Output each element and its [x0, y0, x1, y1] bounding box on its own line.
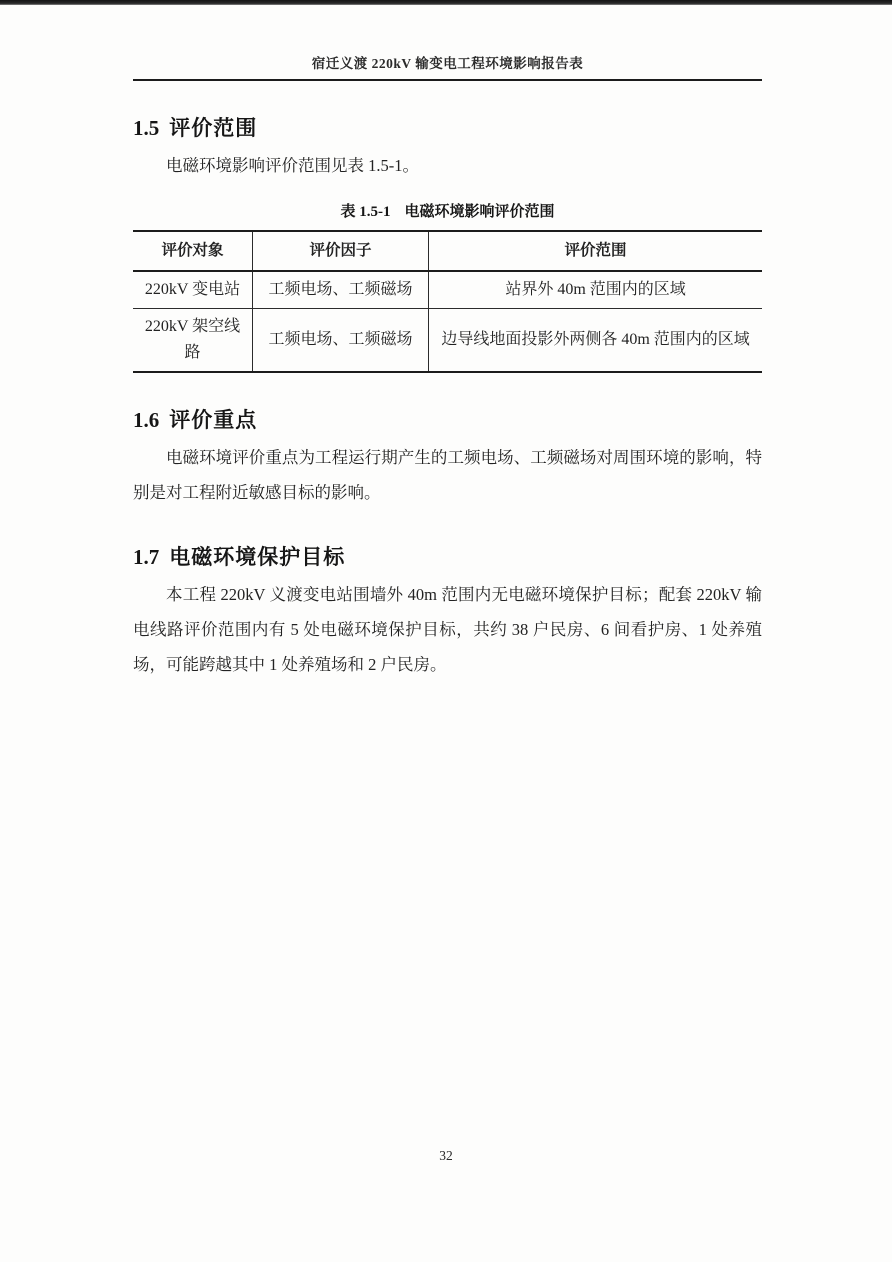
table-header-range: 评价范围 — [429, 231, 762, 271]
table-cell-factor: 工频电场、工频磁场 — [253, 308, 429, 372]
section-title: 评价范围 — [169, 117, 257, 140]
page-number: 32 — [0, 1148, 892, 1164]
section-title: 评价重点 — [169, 409, 257, 432]
page-content: 宿迁义渡 220kV 输变电工程环境影响报告表 1.5评价范围 电磁环境影响评价… — [133, 52, 762, 698]
report-page: { "page": { "header_title": "宿迁义渡 220kV … — [0, 0, 892, 1262]
section-1-7-paragraph: 本工程 220kV 义渡变电站围墙外 40m 范围内无电磁环境保护目标；配套 2… — [133, 577, 762, 682]
table-caption-label: 表 1.5-1 — [340, 204, 390, 220]
table-row: 220kV 架空线路 工频电场、工频磁场 边导线地面投影外两侧各 40m 范围内… — [133, 308, 762, 372]
section-1-6-paragraph: 电磁环境评价重点为工程运行期产生的工频电场、工频磁场对周围环境的影响，特别是对工… — [133, 440, 762, 510]
section-1-5-paragraph: 电磁环境影响评价范围见表 1.5-1。 — [133, 148, 762, 183]
section-heading-1-6: 1.6评价重点 — [133, 404, 762, 434]
table-row: 220kV 变电站 工频电场、工频磁场 站界外 40m 范围内的区域 — [133, 271, 762, 309]
table-cell-object: 220kV 变电站 — [133, 271, 253, 309]
table-caption: 表 1.5-1电磁环境影响评价范围 — [133, 200, 762, 221]
section-heading-1-7: 1.7电磁环境保护目标 — [133, 541, 762, 571]
table-caption-title: 电磁环境影响评价范围 — [404, 203, 554, 220]
scan-edge-top — [0, 0, 892, 5]
table-header-object: 评价对象 — [133, 231, 253, 271]
table-cell-range: 站界外 40m 范围内的区域 — [429, 271, 762, 309]
section-number: 1.5 — [133, 116, 159, 140]
table-header-factor: 评价因子 — [253, 231, 429, 271]
table-cell-object: 220kV 架空线路 — [133, 308, 253, 372]
evaluation-range-table: 评价对象 评价因子 评价范围 220kV 变电站 工频电场、工频磁场 站界外 4… — [133, 230, 762, 373]
section-heading-1-5: 1.5评价范围 — [133, 112, 762, 142]
table-header-row: 评价对象 评价因子 评价范围 — [133, 231, 762, 271]
section-number: 1.6 — [133, 408, 159, 432]
table-cell-range: 边导线地面投影外两侧各 40m 范围内的区域 — [429, 308, 762, 372]
section-number: 1.7 — [133, 545, 159, 569]
document-header-title: 宿迁义渡 220kV 输变电工程环境影响报告表 — [133, 52, 762, 81]
section-title: 电磁环境保护目标 — [169, 546, 345, 569]
table-cell-factor: 工频电场、工频磁场 — [253, 271, 429, 309]
